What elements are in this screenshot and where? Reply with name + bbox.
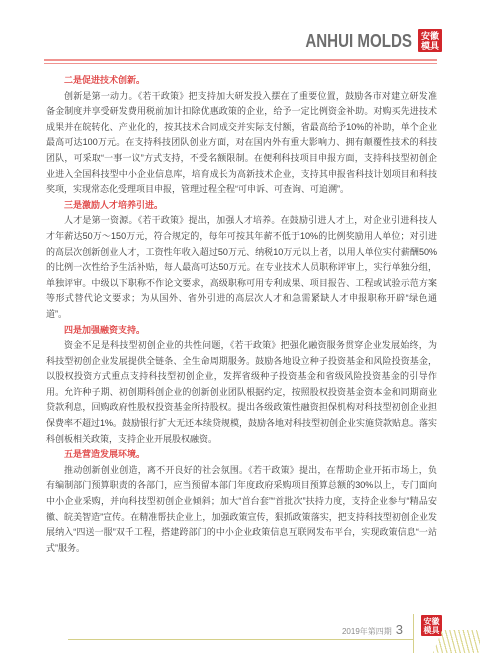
header-divider <box>44 59 437 64</box>
article-section: 五是营造发展环境。 推动创新创业创造，离不开良好的社会氛围。《若干政策》提出，在… <box>46 447 437 556</box>
issue-label: 2019年第四期 <box>342 626 392 637</box>
section-paragraph: 资金不足是科技型初创企业的共性问题，《若干政策》把强化融资服务贯穿企业发展始终，… <box>46 338 437 447</box>
footer-issue-info: 2019年第四期 3 <box>342 622 403 637</box>
article-section: 二是促进技术创新。 创新是第一动力。《若干政策》把支持加大研发投入摆在了重要位置… <box>46 73 437 198</box>
logo-line-2: 模具 <box>418 41 442 51</box>
section-paragraph: 人才是第一资源。《若干政策》提出，加强人才培养。在鼓励引进人才上，对企业引进科技… <box>46 213 437 322</box>
section-heading: 二是促进技术创新。 <box>46 73 437 89</box>
footer-logo-line-1: 安徽 <box>421 617 442 626</box>
logo-line-1: 安徽 <box>418 31 442 41</box>
page-number: 3 <box>396 622 403 637</box>
footer-logo-line-2: 模具 <box>421 626 442 635</box>
section-heading: 五是营造发展环境。 <box>46 447 437 463</box>
footer-divider <box>68 639 413 640</box>
article-section: 四是加强融资支持。 资金不足是科技型初创企业的共性问题，《若干政策》把强化融资服… <box>46 323 437 448</box>
footer-separator <box>413 614 414 653</box>
article-section: 三是激励人才培养引进。 人才是第一资源。《若干政策》提出，加强人才培养。在鼓励引… <box>46 198 437 323</box>
section-heading: 三是激励人才培养引进。 <box>46 198 437 214</box>
section-paragraph: 创新是第一动力。《若干政策》把支持加大研发投入摆在了重要位置，鼓励各市对建立研发… <box>46 89 437 198</box>
section-paragraph: 推动创新创业创造，离不开良好的社会氛围。《若干政策》提出，在帮助企业开拓市场上，… <box>46 463 437 557</box>
section-heading: 四是加强融资支持。 <box>46 323 437 339</box>
brand-wordmark: ANHUI MOLDS <box>305 31 412 52</box>
article-body: 二是促进技术创新。 创新是第一动力。《若干政策》把支持加大研发投入摆在了重要位置… <box>46 73 437 556</box>
footer-logo: 安徽 模具 <box>421 615 442 636</box>
anhui-molds-logo: 安徽 模具 <box>418 29 442 52</box>
